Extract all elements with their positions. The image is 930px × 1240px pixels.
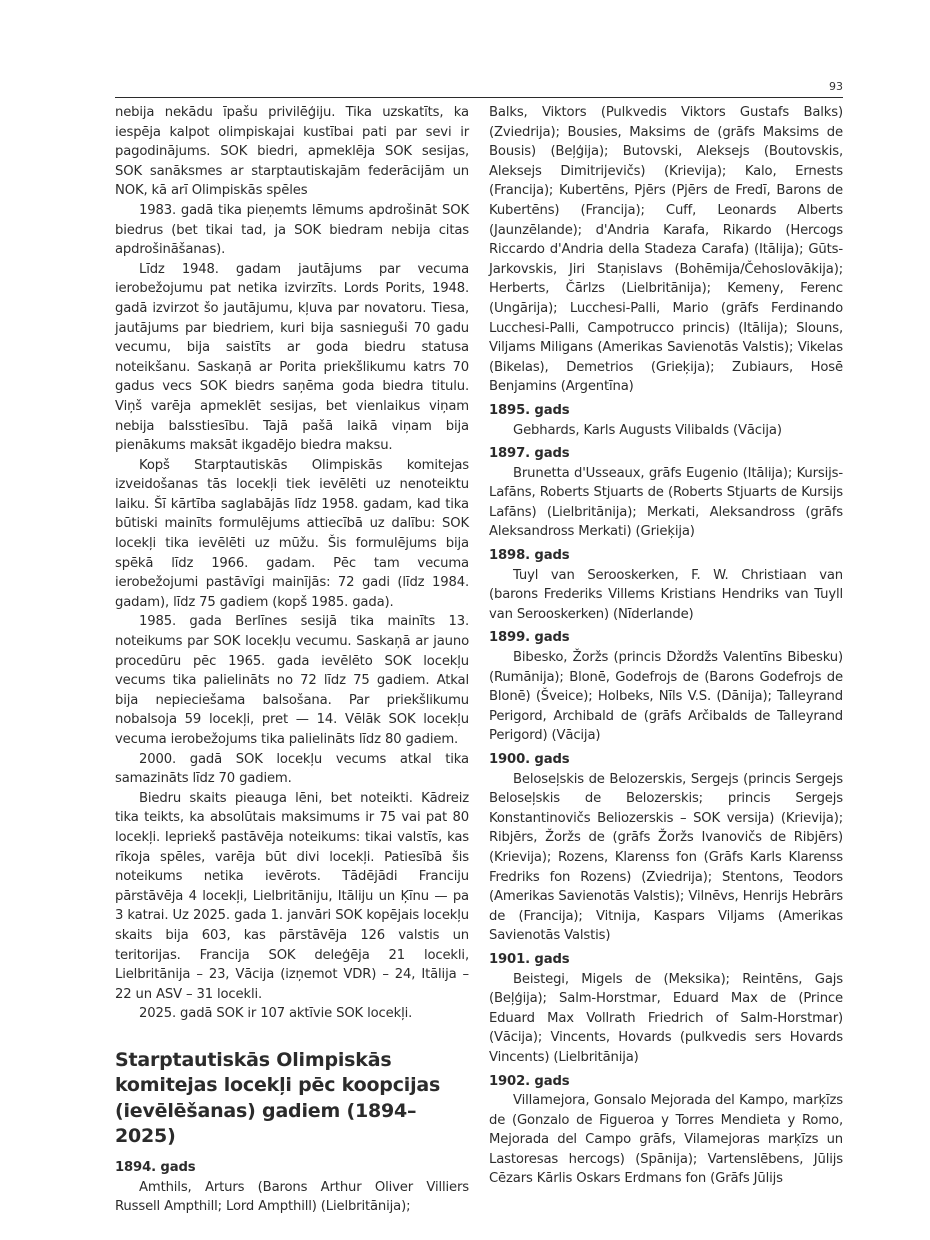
year-entry-1894-continued: Balks, Viktors (Pulkvedis Viktors Gustaf… [489, 103, 843, 397]
year-heading-1902: 1902. gads [489, 1072, 843, 1092]
year-entry-1899: Bibesko, Žoržs (princis Džordžs Valentīn… [489, 648, 843, 746]
right-column: Balks, Viktors (Pulkvedis Viktors Gustaf… [489, 103, 843, 1189]
paragraph: 2025. gadā SOK ir 107 aktīvie SOK locekļ… [115, 1004, 469, 1024]
year-heading-1899: 1899. gads [489, 628, 843, 648]
year-heading-1900: 1900. gads [489, 750, 843, 770]
header-rule [115, 97, 843, 98]
left-column: nebija nekādu īpašu privilēģiju. Tika uz… [115, 103, 469, 1217]
year-entry-1902: Villamejora, Gonsalo Mejorada del Kampo,… [489, 1091, 843, 1189]
year-entry-1894: Amthils, Arturs (Barons Arthur Oliver Vi… [115, 1178, 469, 1217]
year-heading-1897: 1897. gads [489, 444, 843, 464]
year-heading-1894: 1894. gads [115, 1158, 469, 1178]
paragraph: Biedru skaits pieauga lēni, bet noteikti… [115, 789, 469, 1005]
page-number: 93 [829, 80, 843, 93]
year-entry-1897: Brunetta d'Usseaux, grāfs Eugenio (Itāli… [489, 464, 843, 542]
year-heading-1898: 1898. gads [489, 546, 843, 566]
year-heading-1895: 1895. gads [489, 401, 843, 421]
year-entry-1901: Beistegi, Migels de (Meksika); Reintēns,… [489, 970, 843, 1068]
paragraph: Līdz 1948. gadam jautājums par vecuma ie… [115, 260, 469, 456]
year-entry-1895: Gebhards, Karls Augusts Vilibalds (Vācij… [489, 421, 843, 441]
year-heading-1901: 1901. gads [489, 950, 843, 970]
paragraph: 1983. gadā tika pieņemts lēmums apdrošin… [115, 201, 469, 260]
paragraph: 1985. gada Berlīnes sesijā tika mainīts … [115, 612, 469, 749]
section-heading: Starptautiskās Olimpiskās komitejas loce… [115, 1048, 469, 1150]
year-entry-1898: Tuyl van Serooskerken, F. W. Christiaan … [489, 566, 843, 625]
paragraph: Kopš Starptautiskās Olimpiskās komitejas… [115, 456, 469, 613]
paragraph: nebija nekādu īpašu privilēģiju. Tika uz… [115, 103, 469, 201]
paragraph: 2000. gadā SOK locekļu vecums atkal tika… [115, 750, 469, 789]
year-entry-1900: Beloseļskis de Belozerskis, Sergejs (pri… [489, 770, 843, 946]
